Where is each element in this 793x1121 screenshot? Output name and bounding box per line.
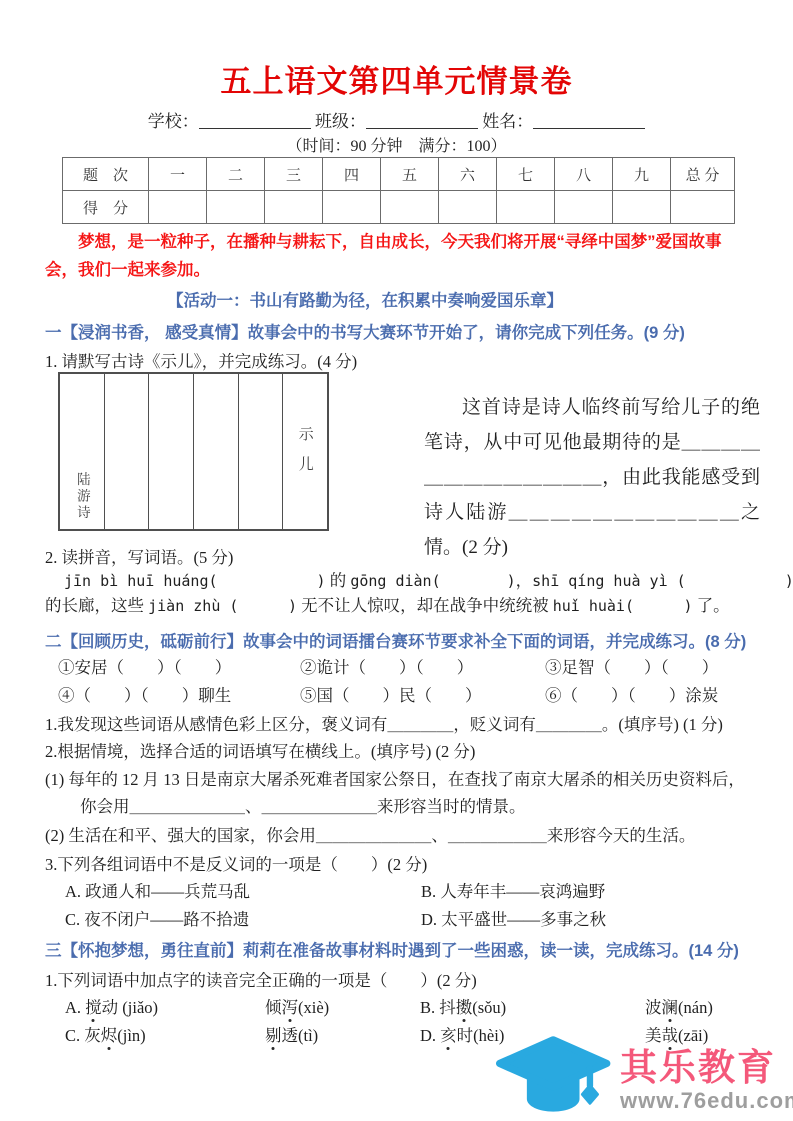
score-table-header-row: 题 次 一 二 三 四 五 六 七 八 九 总 分 <box>63 158 735 191</box>
pinyin-segment: jīn bì huī huáng( <box>64 572 218 590</box>
school-label: 学校： <box>148 112 199 131</box>
score-row-label: 得 分 <box>63 191 149 224</box>
poem-grid-column <box>105 374 150 529</box>
option-text: 动 (jiǎo) <box>102 998 158 1017</box>
score-table-header-cell: 二 <box>207 158 265 191</box>
section2-question3: 3.下列各组词语中不是反义词的一项是（ ）(2 分) <box>45 851 427 875</box>
word-item: ①安居（ ）（ ） <box>58 654 300 682</box>
score-cell-empty <box>265 191 323 224</box>
brand-text-block: 其乐教育 www.76edu.com <box>620 1048 793 1114</box>
name-label: 姓名： <box>482 112 533 131</box>
class-label: 班级： <box>315 112 366 131</box>
chinese-segment: 了。 <box>693 596 730 615</box>
pinyin-segment: ) <box>288 597 297 615</box>
section3-question1: 1.下列词语中加点字的读音完全正确的一项是（ ）(2 分) <box>45 967 477 991</box>
section2-question2: 2.根据情境，选择合适的词语填写在横线上。(填序号) (2 分) <box>45 738 475 762</box>
score-table-header-cell: 三 <box>265 158 323 191</box>
option-text: B. 抖 <box>420 998 456 1017</box>
name-blank-line <box>533 111 645 129</box>
score-table-header-cell: 六 <box>439 158 497 191</box>
option-item: C. 灰烬(jìn) <box>65 1022 265 1050</box>
word-item: ⑥（ ）（ ）涂炭 <box>545 682 758 710</box>
section2-heading: 二【回顾历史，砥砺前行】故事会中的词语擂台赛环节要求补全下面的词语，并完成练习。… <box>45 628 785 652</box>
dotted-char: 烬 <box>101 1026 118 1045</box>
page-title: 五上语文第四单元情景卷 <box>0 56 793 101</box>
option-item: D. 太平盛世——多事之秋 <box>421 906 606 934</box>
score-table-header-cell: 八 <box>555 158 613 191</box>
dotted-char: 搅 <box>85 998 102 1017</box>
chinese-segment: ， <box>516 571 533 590</box>
score-table-header-cell: 一 <box>149 158 207 191</box>
option-text: D. <box>420 1026 440 1045</box>
score-table-header-cell: 七 <box>497 158 555 191</box>
score-table-header-cell: 四 <box>323 158 381 191</box>
pinyin-segment: ) <box>317 572 326 590</box>
section2-q2-item1-line2: 你会用＿＿＿＿＿＿＿、＿＿＿＿＿＿＿来形容当时的情景。 <box>80 793 526 817</box>
exam-paper-page: 五上语文第四单元情景卷 学校： 班级： 姓名： （时间：90 分钟 满分：100… <box>0 0 793 1121</box>
option-text: (sǒu) <box>472 998 506 1017</box>
pinyin-segment: ) <box>684 597 693 615</box>
score-cell-empty <box>207 191 265 224</box>
option-text: (jìn) <box>117 1026 145 1045</box>
intro-paragraph: 梦想，是一粒种子，在播种与耕耘下，自由成长，今天我们将开展“寻绎中国梦”爱国故事… <box>45 228 752 284</box>
option-item: 剔透(tì) <box>265 1022 420 1050</box>
score-table-header-cell: 五 <box>381 158 439 191</box>
word-item: ③足智（ ）（ ） <box>545 654 758 682</box>
score-table-header-cell: 总 分 <box>671 158 735 191</box>
option-text: A. <box>65 998 85 1017</box>
poem-grid-column: 陆游诗 <box>60 374 105 529</box>
pinyin-segment: shī qíng huà yì ( <box>532 572 686 590</box>
dotted-char: 擞 <box>456 998 473 1017</box>
word-completion-grid: ①安居（ ）（ ） ②诡计（ ）（ ） ③足智（ ）（ ） ④（ ）（ ）聊生 … <box>58 654 758 710</box>
score-table-score-row: 得 分 <box>63 191 735 224</box>
section1-heading: 一【浸润书香， 感受真情】故事会中的书写大赛环节开始了，请你完成下列任务。(9 … <box>45 319 785 343</box>
score-cell-empty <box>613 191 671 224</box>
option-text: (nán) <box>678 998 713 1017</box>
section1-question1: 1. 请默写古诗《示儿》，并完成练习。(4 分) <box>45 348 357 372</box>
score-table: 题 次 一 二 三 四 五 六 七 八 九 总 分 得 分 <box>62 157 735 224</box>
poem-author-vertical: 陆游诗 <box>72 472 92 522</box>
pinyin-segment: huǐ huài( <box>553 597 634 615</box>
dotted-char: 澜 <box>662 998 679 1017</box>
pinyin-segment: ) <box>507 572 516 590</box>
score-cell-empty <box>671 191 735 224</box>
activity-heading: 【活动一：书山有路勤为径，在积累中奏响爱国乐章】 <box>0 287 730 311</box>
poem-grid-column <box>194 374 239 529</box>
poem-analysis-paragraph: 这首诗是诗人临终前写给儿子的绝笔诗，从中可见他最期待的是＿＿＿＿＿＿＿＿＿＿＿＿… <box>424 390 760 565</box>
answer-gap <box>441 571 507 590</box>
option-item: B. 抖擞(sǒu) <box>420 994 645 1022</box>
option-text: (xiè) <box>298 998 329 1017</box>
option-item: 波澜(nán) <box>645 994 713 1022</box>
dotted-char: 剔 <box>265 1026 282 1045</box>
student-info-line: 学校： 班级： 姓名： <box>0 107 793 132</box>
pinyin-segment: ) <box>785 572 793 590</box>
pinyin-segment: jiàn zhù ( <box>148 597 238 615</box>
answer-gap <box>634 596 684 615</box>
option-item: B. 人寿年丰——哀鸿遍野 <box>421 878 606 906</box>
score-table-header-cell: 题 次 <box>63 158 149 191</box>
poem-grid-column <box>149 374 194 529</box>
poem-title-vertical: 示儿 <box>295 426 316 486</box>
score-cell-empty <box>555 191 613 224</box>
score-cell-empty <box>497 191 555 224</box>
option-item: A. 搅动 (jiǎo) <box>65 994 265 1022</box>
answer-gap <box>238 596 288 615</box>
graduation-cap-icon <box>496 1036 614 1121</box>
section3-heading: 三【怀抱梦想，勇往直前】莉莉在准备故事材料时遇到了一些困惑，读一读，完成练习。(… <box>45 937 785 961</box>
score-cell-empty <box>439 191 497 224</box>
option-text: 透(tì) <box>282 1026 319 1045</box>
section1-question2: 2. 读拼音，写词语。(5 分) <box>45 544 233 568</box>
time-score-line: （时间：90 分钟 满分：100） <box>0 133 793 156</box>
poem-grid-column: 示儿 <box>283 374 327 529</box>
school-blank-line <box>199 111 311 129</box>
chinese-segment: 的 <box>326 571 351 590</box>
brand-logo: 其乐教育 www.76edu.com <box>496 1036 793 1121</box>
answer-gap <box>686 571 785 590</box>
section2-question1: 1.我发现这些词语从感情色彩上区分，褒义词有＿＿＿＿，贬义词有＿＿＿＿。(填序号… <box>45 711 723 735</box>
answer-gap <box>218 571 317 590</box>
dotted-char: 泻 <box>282 998 299 1017</box>
word-item: ⑤国（ ）民（ ） <box>300 682 545 710</box>
poem-writing-grid: 陆游诗 示儿 <box>58 372 329 531</box>
brand-website: www.76edu.com <box>620 1088 793 1114</box>
option-item: C. 夜不闭户——路不拾遗 <box>65 906 421 934</box>
option-item: A. 政通人和——兵荒马乱 <box>65 878 421 906</box>
chinese-segment: 无不让人惊叹，却在战争中统统被 <box>297 596 553 615</box>
dotted-char: 亥 <box>440 1026 457 1045</box>
pinyin-line-2: 的长廊，这些 jiàn zhù ( ) 无不让人惊叹，却在战争中统统被 huǐ … <box>45 592 730 616</box>
option-text: 波 <box>645 998 662 1017</box>
section2-q2-item1-line1: (1) 每年的 12 月 13 日是南京大屠杀死难者国家公祭日，在查找了南京大屠… <box>45 766 745 790</box>
word-item: ②诡计（ ）（ ） <box>300 654 545 682</box>
section2-q3-options: A. 政通人和——兵荒马乱 B. 人寿年丰——哀鸿遍野 C. 夜不闭户——路不拾… <box>65 878 606 933</box>
chinese-segment: 的长廊，这些 <box>45 596 148 615</box>
score-cell-empty <box>323 191 381 224</box>
section2-q2-item2: (2) 生活在和平、强大的国家，你会用＿＿＿＿＿＿＿、＿＿＿＿＿＿来形容今天的生… <box>45 822 695 846</box>
option-item: 倾泻(xiè) <box>265 994 420 1022</box>
pinyin-line-1: jīn bì huī huáng( ) 的 gōng diàn( )，shī q… <box>64 567 793 591</box>
option-text: 倾 <box>265 998 282 1017</box>
score-cell-empty <box>381 191 439 224</box>
score-table-header-cell: 九 <box>613 158 671 191</box>
pinyin-segment: gōng diàn( <box>350 572 440 590</box>
poem-grid-column <box>239 374 284 529</box>
word-item: ④（ ）（ ）聊生 <box>58 682 300 710</box>
option-text: C. 灰 <box>65 1026 101 1045</box>
brand-name: 其乐教育 <box>620 1048 793 1088</box>
class-blank-line <box>366 111 478 129</box>
score-cell-empty <box>149 191 207 224</box>
